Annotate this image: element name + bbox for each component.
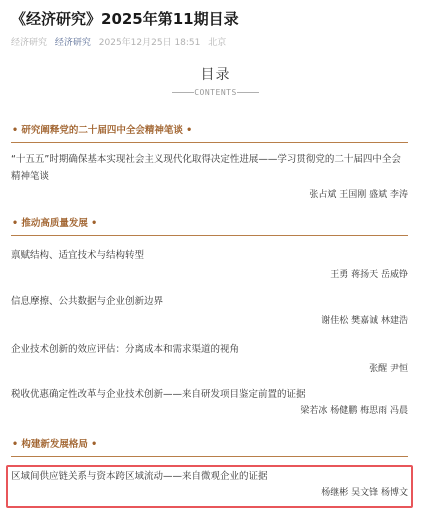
- section-divider: [11, 456, 408, 457]
- account-link[interactable]: 经济研究: [55, 38, 91, 48]
- article-item-authors: 谢佳松 樊嘉诚 林建浩: [11, 313, 408, 326]
- toc-header: 目录 CONTENTS: [0, 64, 431, 97]
- article-item-authors: 张醒 尹恒: [11, 361, 408, 374]
- article-item-authors: 梁若冰 杨健鹏 梅思雨 冯晨: [11, 403, 408, 416]
- toc-title: 目录: [0, 64, 431, 84]
- section-label: • 推动高质量发展 •: [11, 215, 408, 229]
- section-label: • 研究阐释党的二十届四中全会精神笔谈 •: [11, 122, 408, 136]
- article-item[interactable]: 企业技术创新的效应评估：分离成本和需求渠道的视角 张醒 尹恒: [11, 341, 408, 374]
- article-item-highlighted[interactable]: 区域间供应链关系与资本跨区域流动——来自微观企业的证据 杨继彬 吴文锋 杨博文: [11, 468, 408, 498]
- article-item-title[interactable]: 企业技术创新的效应评估：分离成本和需求渠道的视角: [11, 341, 408, 358]
- article-item-title[interactable]: 信息摩擦、公共数据与企业创新边界: [11, 293, 408, 310]
- article-title: 《经济研究》2025年第11期目录: [11, 8, 239, 29]
- divider: [172, 92, 194, 93]
- section-divider: [11, 142, 408, 143]
- article-item[interactable]: 信息摩擦、公共数据与企业创新边界 谢佳松 樊嘉诚 林建浩: [11, 293, 408, 326]
- article-item-authors: 杨继彬 吴文锋 杨博文: [11, 485, 408, 498]
- article-item-authors: 张占斌 王国刚 盛斌 李涛: [11, 187, 408, 200]
- article-item[interactable]: “十五五”时期确保基本实现社会主义现代化取得决定性进展——学习贯彻党的二十届四中…: [11, 151, 408, 200]
- section-header: • 构建新发展格局 •: [11, 436, 408, 457]
- article-item[interactable]: 禀赋结构、适宜技术与结构转型 王勇 蒋扬天 岳威铮: [11, 247, 408, 280]
- article-item-title[interactable]: “十五五”时期确保基本实现社会主义现代化取得决定性进展——学习贯彻党的二十届四中…: [11, 151, 408, 185]
- toc-subtitle: CONTENTS: [0, 88, 431, 97]
- meta-datetime: 2025年12月25日 18:51: [99, 38, 201, 48]
- section-header: • 推动高质量发展 •: [11, 215, 408, 236]
- article-item-authors: 王勇 蒋扬天 岳威铮: [11, 267, 408, 280]
- article-item-title[interactable]: 税收优惠确定性改革与企业技术创新——来自研发项目鉴定前置的证据: [11, 386, 408, 403]
- meta-source: 经济研究: [11, 38, 47, 48]
- article-item-title[interactable]: 禀赋结构、适宜技术与结构转型: [11, 247, 408, 264]
- article-item[interactable]: 税收优惠确定性改革与企业技术创新——来自研发项目鉴定前置的证据 梁若冰 杨健鹏 …: [11, 386, 408, 416]
- section-label: • 构建新发展格局 •: [11, 436, 408, 450]
- toc-subtitle-text: CONTENTS: [194, 88, 237, 97]
- section-divider: [11, 235, 408, 236]
- section-header: • 研究阐释党的二十届四中全会精神笔谈 •: [11, 122, 408, 143]
- divider: [237, 92, 259, 93]
- article-meta: 经济研究 经济研究 2025年12月25日 18:51 北京: [11, 35, 231, 48]
- article-item-title[interactable]: 区域间供应链关系与资本跨区域流动——来自微观企业的证据: [11, 468, 408, 485]
- meta-location: 北京: [208, 38, 226, 48]
